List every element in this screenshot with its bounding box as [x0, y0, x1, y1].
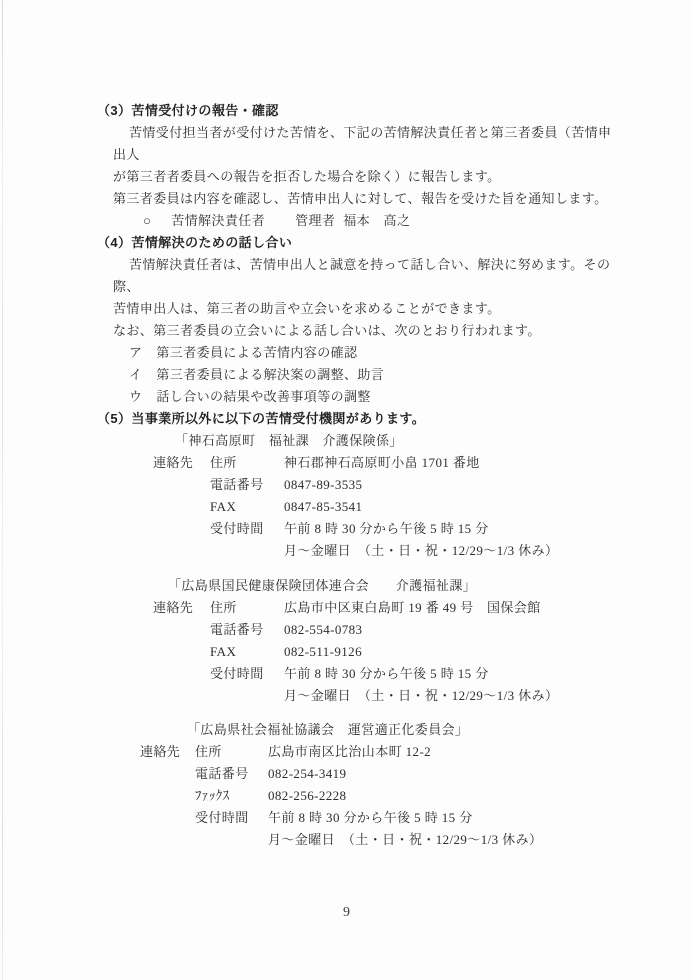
- agency-block-jinsekikogen: 「神石高原町 福祉課 介護保険係」 連絡先 住所 神石郡神石高原町小畠 1701…: [97, 430, 612, 562]
- row-value: 082-511-9126: [284, 641, 612, 663]
- contact-row-days: 月～金曜日 （土・日・祝・12/29～1/3 休み）: [153, 540, 612, 562]
- row-label: 電話番号: [210, 474, 284, 496]
- row-value: 神石郡神石高原町小畠 1701 番地: [284, 452, 612, 474]
- document-content: （3）苦情受付けの報告・確認 苦情受付担当者が受付けた苦情を、下記の苦情解決責任…: [97, 100, 612, 851]
- document-page: （3）苦情受付けの報告・確認 苦情受付担当者が受付けた苦情を、下記の苦情解決責任…: [0, 0, 693, 980]
- item-text-a: 第三者委員による苦情内容の確認: [156, 345, 357, 360]
- row-value: 午前 8 時 30 分から午後 5 時 15 分: [268, 807, 612, 829]
- contact-row-phone: 電話番号 0847-89-3535: [153, 474, 612, 496]
- contact-label: 連絡先: [140, 741, 195, 763]
- contact-label: 連絡先: [153, 597, 210, 619]
- contact-row-hours: 受付時間 午前 8 時 30 分から午後 5 時 15 分: [140, 807, 612, 829]
- section-3-line-1: 苦情受付担当者が受付けた苦情を、下記の苦情解決責任者と第三者委員（苦情申出人: [113, 122, 612, 166]
- row-label: FAX: [210, 641, 284, 663]
- row-value: 月～金曜日 （土・日・祝・12/29～1/3 休み）: [268, 829, 612, 851]
- officer-name: 福本 高之: [343, 213, 410, 228]
- list-item-a: ア第三者委員による苦情内容の確認: [129, 342, 612, 364]
- item-marker-a: ア: [129, 345, 142, 360]
- contact-row-fax: ﾌｧｯｸｽ 082-256-2228: [140, 785, 612, 807]
- contact-row-hours: 受付時間 午前 8 時 30 分から午後 5 時 15 分: [153, 663, 612, 685]
- row-label: 住所: [195, 741, 268, 763]
- circle-bullet-icon: ○: [143, 213, 151, 228]
- row-value: 午前 8 時 30 分から午後 5 時 15 分: [284, 663, 612, 685]
- scan-edge-artifact: [2, 0, 3, 980]
- row-value: 0847-85-3541: [284, 496, 612, 518]
- row-value: 月～金曜日 （土・日・祝・12/29～1/3 休み）: [284, 540, 612, 562]
- row-value: 午前 8 時 30 分から午後 5 時 15 分: [284, 518, 612, 540]
- row-label: 電話番号: [195, 763, 268, 785]
- officer-role: 苦情解決責任者: [171, 213, 265, 228]
- row-value: 082-256-2228: [268, 785, 612, 807]
- section-3-line-2: が第三者者委員への報告を拒否した場合を除く）に報告します。: [113, 166, 612, 188]
- list-item-i: イ第三者委員による解決案の調整、助言: [129, 364, 612, 386]
- page-number: 9: [0, 903, 693, 923]
- section-5-heading: （5）当事業所以外に以下の苦情受付機関があります。: [97, 408, 612, 430]
- contact-row-address: 連絡先 住所 広島市南区比治山本町 12-2: [140, 741, 612, 763]
- contact-label: 連絡先: [153, 452, 210, 474]
- section-4-line-1: 苦情解決責任者は、苦情申出人と誠意を持って話し合い、解決に努めます。その際、: [113, 254, 612, 298]
- officer-title: 管理者: [295, 213, 335, 228]
- row-label: 受付時間: [210, 518, 284, 540]
- agency-block-kokuho-rengokai: 「広島県国民健康保険団体連合会 介護福祉課」 連絡先 住所 広島市中区東白島町 …: [97, 575, 612, 707]
- contact-row-address: 連絡先 住所 神石郡神石高原町小畠 1701 番地: [153, 452, 612, 474]
- row-value: 月～金曜日 （土・日・祝・12/29～1/3 休み）: [284, 685, 612, 707]
- row-value: 082-554-0783: [284, 619, 612, 641]
- row-label: FAX: [210, 496, 284, 518]
- agency-name: 「神石高原町 福祉課 介護保険係」: [175, 430, 612, 452]
- row-label: ﾌｧｯｸｽ: [195, 785, 268, 807]
- section-4-line-2: 苦情申出人は、第三者の助言や立会いを求めることができます。: [113, 298, 612, 320]
- contact-row-days: 月～金曜日 （土・日・祝・12/29～1/3 休み）: [153, 685, 612, 707]
- contact-row-fax: FAX 0847-85-3541: [153, 496, 612, 518]
- agency-name: 「広島県社会福祉協議会 運営適正化委員会」: [187, 719, 612, 741]
- item-text-i: 第三者委員による解決案の調整、助言: [156, 367, 384, 382]
- row-value: 0847-89-3535: [284, 474, 612, 496]
- contact-row-address: 連絡先 住所 広島市中区東白島町 19 番 49 号 国保会館: [153, 597, 612, 619]
- row-label: 受付時間: [210, 663, 284, 685]
- list-item-u: ウ話し合いの結果や改善事項等の調整: [129, 386, 612, 408]
- contact-row-hours: 受付時間 午前 8 時 30 分から午後 5 時 15 分: [153, 518, 612, 540]
- contact-row-days: 月～金曜日 （土・日・祝・12/29～1/3 休み）: [140, 829, 612, 851]
- item-marker-u: ウ: [129, 389, 142, 404]
- row-label: 受付時間: [195, 807, 268, 829]
- contact-row-phone: 電話番号 082-254-3419: [140, 763, 612, 785]
- section-3-heading: （3）苦情受付けの報告・確認: [97, 100, 612, 122]
- row-label: 住所: [210, 597, 284, 619]
- contact-row-phone: 電話番号 082-554-0783: [153, 619, 612, 641]
- agency-block-shakyo: 「広島県社会福祉協議会 運営適正化委員会」 連絡先 住所 広島市南区比治山本町 …: [97, 719, 612, 851]
- agency-name: 「広島県国民健康保険団体連合会 介護福祉課」: [168, 575, 612, 597]
- row-value: 広島市中区東白島町 19 番 49 号 国保会館: [284, 597, 612, 619]
- contact-row-fax: FAX 082-511-9126: [153, 641, 612, 663]
- item-marker-i: イ: [129, 367, 142, 382]
- row-label: 住所: [210, 452, 284, 474]
- section-4-heading: （4）苦情解決のための話し合い: [97, 232, 612, 254]
- item-text-u: 話し合いの結果や改善事項等の調整: [156, 389, 370, 404]
- row-value: 広島市南区比治山本町 12-2: [268, 741, 612, 763]
- section-3-line-3: 第三者委員は内容を確認し、苦情申出人に対して、報告を受けた旨を通知します。: [113, 188, 612, 210]
- row-value: 082-254-3419: [268, 763, 612, 785]
- section-4-line-3: なお、第三者委員の立会いによる話し合いは、次のとおり行われます。: [113, 320, 612, 342]
- row-label: 電話番号: [210, 619, 284, 641]
- complaint-officer-line: ○苦情解決責任者管理者福本 高之: [143, 210, 612, 232]
